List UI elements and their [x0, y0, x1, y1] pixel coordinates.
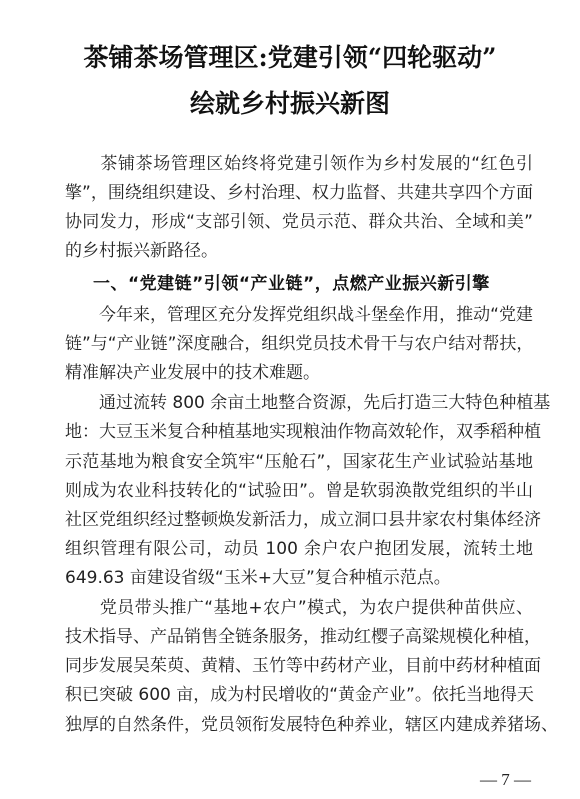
paragraph-line: 通过流转 800 余亩土地整合资源，先后打造三大特色种植基 — [65, 392, 533, 414]
paragraph-line: 同步发展吴茱萸、黄精、玉竹等中药材产业，目前中药材种植面 — [65, 655, 533, 677]
paragraph-line: 技术指导、产品销售全链条服务，推动红樱子高粱规模化种植， — [65, 626, 533, 648]
paragraph-line: 地：大豆玉米复合种植基地实现粮油作物高效轮作，双季稻种植 — [65, 421, 533, 443]
paragraph-line: 擎”，围绕组织建设、乡村治理、权力监督、共建共享四个方面 — [65, 182, 533, 204]
paragraph-line: 积已突破 600 亩，成为村民增收的“黄金产业”。依托当地得天 — [65, 684, 533, 706]
paragraph-line: 的乡村振兴新路径。 — [65, 240, 533, 262]
document-title-line-2: 绘就乡村振兴新图 — [0, 84, 580, 120]
page-number: — 7 — — [480, 770, 531, 790]
paragraph-line: 组织管理有限公司，动员 100 余户农户抱团发展，流转土地 — [65, 538, 533, 560]
paragraph-line: 则成为农业科技转化的“试验田”。曾是软弱涣散党组织的半山 — [65, 480, 533, 502]
paragraph-line: 今年来，管理区充分发挥党组织战斗堡垒作用，推动“党建 — [65, 304, 533, 326]
paragraph-line: 链”与“产业链”深度融合，组织党员技术骨干与农户结对帮扶， — [65, 333, 533, 355]
paragraph-line: 精准解决产业发展中的技术难题。 — [65, 362, 533, 384]
paragraph-line: 649.63 亩建设省级“玉米+大豆”复合种植示范点。 — [65, 567, 533, 589]
document-title-line-1: 茶铺茶场管理区:党建引领“四轮驱动” — [0, 38, 580, 74]
paragraph-line: 社区党组织经过整顿焕发新活力，成立洞口县井家农村集体经济 — [65, 509, 533, 531]
section-heading: 一、“党建链”引领“产业链”，点燃产业振兴新引擎 — [93, 273, 513, 295]
paragraph-line: 茶铺茶场管理区始终将党建引领作为乡村发展的“红色引 — [65, 153, 533, 175]
paragraph-line: 党员带头推广“基地+农户”模式，为农户提供种苗供应、 — [65, 597, 533, 619]
paragraph-line: 示范基地为粮食安全筑牢“压舱石”，国家花生产业试验站基地 — [65, 451, 533, 473]
paragraph-line: 独厚的自然条件，党员领衔发展特色种养业，辖区内建成养猪场、 — [65, 714, 533, 736]
paragraph-line: 协同发力，形成“支部引领、党员示范、群众共治、全域和美” — [65, 211, 533, 233]
